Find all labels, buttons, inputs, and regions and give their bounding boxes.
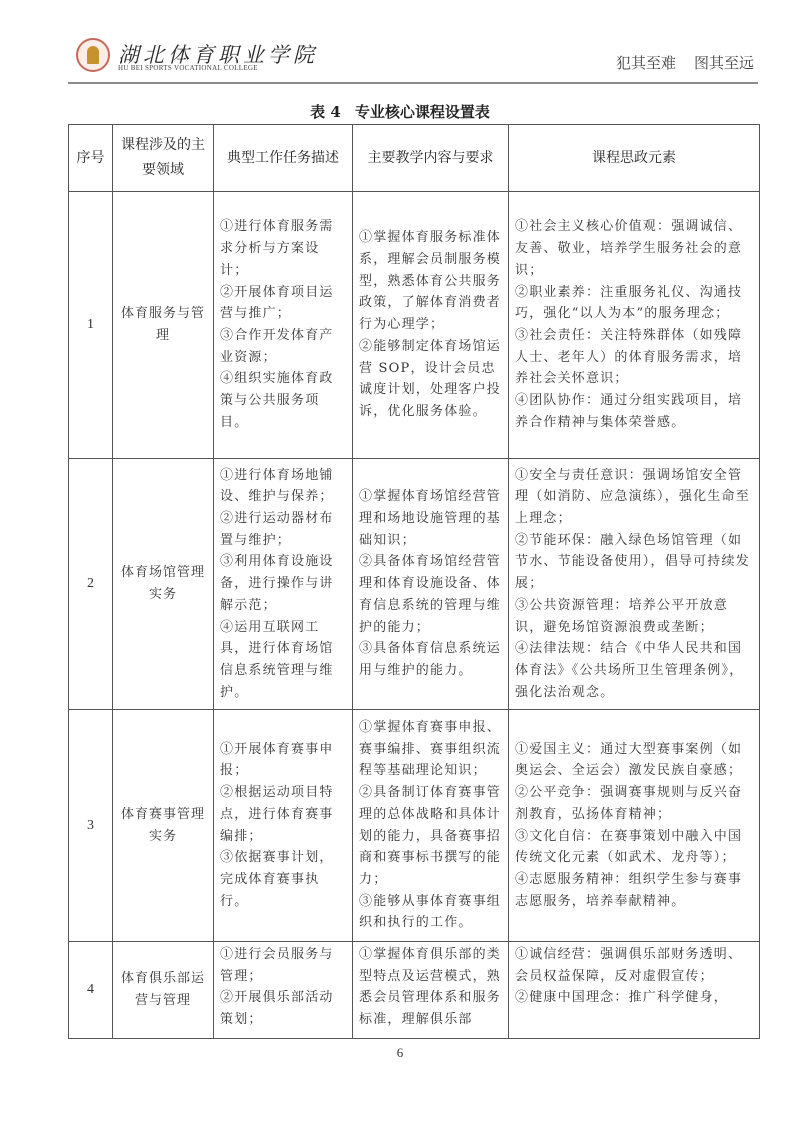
table-title: 表 4专业核心课程设置表 bbox=[0, 101, 800, 122]
content-item: ①掌握体育赛事申报、赛事编排、赛事组织流程等基础理论知识； bbox=[359, 717, 502, 782]
row-seq: 4 bbox=[69, 942, 113, 1039]
ideology-item: ④团队协作：通过分组实践项目，培养合作精神与集体荣誉感。 bbox=[515, 390, 753, 433]
task-item: ④运用互联网工具，进行体育场馆信息系统管理与维护。 bbox=[220, 617, 346, 704]
ideology-item: ②健康中国理念：推广科学健身， bbox=[515, 987, 753, 1009]
task-item: ④组织实施体育政策与公共服务项目。 bbox=[220, 368, 346, 433]
table-title-text: 专业核心课程设置表 bbox=[355, 103, 490, 121]
page-number: 6 bbox=[0, 1045, 800, 1061]
row-area: 体育赛事管理实务 bbox=[113, 710, 214, 942]
table-label: 表 4 bbox=[310, 103, 341, 121]
task-item: ③合作开发体育产业资源； bbox=[220, 325, 346, 368]
content-item: ②具备体育场馆经营管理和体育设施设备、体育信息系统的管理与维护的能力； bbox=[359, 551, 502, 638]
ideology-item: ②节能环保：融入绿色场馆管理（如节水、节能设备使用），倡导可持续发展； bbox=[515, 530, 753, 595]
table-row: 3 体育赛事管理实务 ①开展体育赛事申报； ②根据运动项目特点，进行体育赛事编排… bbox=[69, 710, 760, 942]
college-name-en: HU BEI SPORTS VOCATIONAL COLLEGE bbox=[118, 64, 258, 72]
task-item: ②开展俱乐部活动策划； bbox=[220, 987, 346, 1030]
header-area: 课程涉及的主要领域 bbox=[113, 125, 214, 192]
header-divider bbox=[68, 82, 758, 84]
row-area: 体育场馆管理实务 bbox=[113, 459, 214, 710]
header-seq: 序号 bbox=[69, 125, 113, 192]
row-ideology: ①爱国主义：通过大型赛事案例（如奥运会、全运会）激发民族自豪感； ②公平竞争：强… bbox=[509, 710, 760, 942]
row-seq: 3 bbox=[69, 710, 113, 942]
header-content: 主要教学内容与要求 bbox=[353, 125, 509, 192]
row-tasks: ①进行会员服务与管理； ②开展俱乐部活动策划； bbox=[214, 942, 353, 1039]
task-item: ①进行体育服务需求分析与方案设计； bbox=[220, 216, 346, 281]
row-content: ①掌握体育俱乐部的类型特点及运营模式，熟悉会员管理体系和服务标准，理解俱乐部 bbox=[353, 942, 509, 1039]
ideology-item: ①爱国主义：通过大型赛事案例（如奥运会、全运会）激发民族自豪感； bbox=[515, 739, 753, 782]
ideology-item: ③社会责任：关注特殊群体（如残障人士、老年人）的体育服务需求，培养社会关怀意识； bbox=[515, 325, 753, 390]
row-content: ①掌握体育赛事申报、赛事编排、赛事组织流程等基础理论知识； ②具备制订体育赛事管… bbox=[353, 710, 509, 942]
task-item: ①进行会员服务与管理； bbox=[220, 944, 346, 987]
task-item: ①进行体育场地铺设、维护与保养； bbox=[220, 465, 346, 508]
ideology-item: ①社会主义核心价值观：强调诚信、友善、敬业，培养学生服务社会的意识； bbox=[515, 216, 753, 281]
content-item: ②具备制订体育赛事管理的总体战略和具体计划的能力，具备赛事招商和赛事标书撰写的能… bbox=[359, 782, 502, 891]
content-item: ③能够从事体育赛事组织和执行的工作。 bbox=[359, 891, 502, 934]
row-ideology: ①社会主义核心价值观：强调诚信、友善、敬业，培养学生服务社会的意识； ②职业素养… bbox=[509, 192, 760, 459]
task-item: ③依据赛事计划，完成体育赛事执行。 bbox=[220, 847, 346, 912]
task-item: ②进行运动器材布置与维护； bbox=[220, 508, 346, 551]
row-seq: 1 bbox=[69, 192, 113, 459]
task-item: ②开展体育项目运营与推广； bbox=[220, 282, 346, 325]
row-tasks: ①进行体育服务需求分析与方案设计； ②开展体育项目运营与推广； ③合作开发体育产… bbox=[214, 192, 353, 459]
row-area: 体育服务与管理 bbox=[113, 192, 214, 459]
row-ideology: ①安全与责任意识：强调场馆安全管理（如消防、应急演练），强化生命至上理念； ②节… bbox=[509, 459, 760, 710]
row-content: ①掌握体育场馆经营管理和场地设施管理的基础知识； ②具备体育场馆经营管理和体育设… bbox=[353, 459, 509, 710]
ideology-item: ①诚信经营：强调俱乐部财务透明、会员权益保障，反对虚假宣传； bbox=[515, 944, 753, 987]
table-row: 1 体育服务与管理 ①进行体育服务需求分析与方案设计； ②开展体育项目运营与推广… bbox=[69, 192, 760, 459]
motto-part-1: 犯其至难 bbox=[616, 54, 676, 72]
core-courses-table: 序号 课程涉及的主要领域 典型工作任务描述 主要教学内容与要求 课程思政元素 1… bbox=[68, 124, 760, 1039]
ideology-item: ④志愿服务精神：组织学生参与赛事志愿服务，培养奉献精神。 bbox=[515, 869, 753, 912]
task-item: ②根据运动项目特点，进行体育赛事编排； bbox=[220, 782, 346, 847]
row-content: ①掌握体育服务标准体系，理解会员制服务模型，熟悉体育公共服务政策，了解体育消费者… bbox=[353, 192, 509, 459]
ideology-item: ③文化自信：在赛事策划中融入中国传统文化元素（如武术、龙舟等）； bbox=[515, 826, 753, 869]
task-item: ①开展体育赛事申报； bbox=[220, 739, 346, 782]
page-header: 湖北体育职业学院 HU BEI SPORTS VOCATIONAL COLLEG… bbox=[68, 36, 758, 80]
motto: 犯其至难图其至远 bbox=[616, 52, 754, 73]
ideology-item: ③公共资源管理：培养公平开放意识，避免场馆资源浪费或垄断； bbox=[515, 595, 753, 638]
content-item: ②能够制定体育场馆运营 SOP，设计会员忠诚度计划，处理客户投诉，优化服务体验。 bbox=[359, 336, 502, 423]
ideology-item: ④法律法规：结合《中华人民共和国体育法》《公共场所卫生管理条例》，强化法治观念。 bbox=[515, 638, 753, 703]
row-tasks: ①进行体育场地铺设、维护与保养； ②进行运动器材布置与维护； ③利用体育设施设备… bbox=[214, 459, 353, 710]
row-tasks: ①开展体育赛事申报； ②根据运动项目特点，进行体育赛事编排； ③依据赛事计划，完… bbox=[214, 710, 353, 942]
task-item: ③利用体育设施设备，进行操作与讲解示范； bbox=[220, 551, 346, 616]
table-header-row: 序号 课程涉及的主要领域 典型工作任务描述 主要教学内容与要求 课程思政元素 bbox=[69, 125, 760, 192]
header-ideology: 课程思政元素 bbox=[509, 125, 760, 192]
motto-part-2: 图其至远 bbox=[694, 54, 754, 72]
ideology-item: ②职业素养：注重服务礼仪、沟通技巧，强化“以人为本”的服务理念； bbox=[515, 282, 753, 325]
content-item: ③具备体育信息系统运用与维护的能力。 bbox=[359, 638, 502, 681]
ideology-item: ①安全与责任意识：强调场馆安全管理（如消防、应急演练），强化生命至上理念； bbox=[515, 465, 753, 530]
content-item: ①掌握体育服务标准体系，理解会员制服务模型，熟悉体育公共服务政策，了解体育消费者… bbox=[359, 227, 502, 336]
table-row: 4 体育俱乐部运营与管理 ①进行会员服务与管理； ②开展俱乐部活动策划； ①掌握… bbox=[69, 942, 760, 1039]
content-item: ①掌握体育俱乐部的类型特点及运营模式，熟悉会员管理体系和服务标准，理解俱乐部 bbox=[359, 944, 502, 1031]
college-logo-icon bbox=[76, 38, 110, 72]
ideology-item: ②公平竞争：强调赛事规则与反兴奋剂教育，弘扬体育精神； bbox=[515, 782, 753, 825]
row-seq: 2 bbox=[69, 459, 113, 710]
row-area: 体育俱乐部运营与管理 bbox=[113, 942, 214, 1039]
table-row: 2 体育场馆管理实务 ①进行体育场地铺设、维护与保养； ②进行运动器材布置与维护… bbox=[69, 459, 760, 710]
row-ideology: ①诚信经营：强调俱乐部财务透明、会员权益保障，反对虚假宣传； ②健康中国理念：推… bbox=[509, 942, 760, 1039]
header-tasks: 典型工作任务描述 bbox=[214, 125, 353, 192]
content-item: ①掌握体育场馆经营管理和场地设施管理的基础知识； bbox=[359, 486, 502, 551]
